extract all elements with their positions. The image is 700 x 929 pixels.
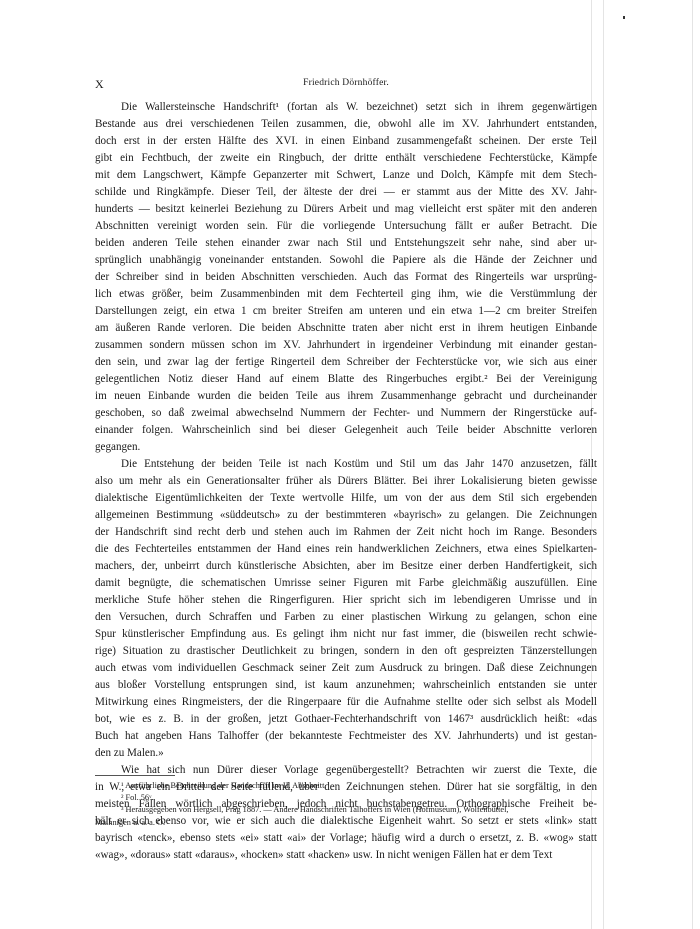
text-line: mit dem Langschwert, Kämpfe Gepanzerter …	[95, 167, 597, 184]
page-header: X Friedrich Dörnhöffer.	[95, 77, 597, 91]
text-line: Die Entstehung der beiden Teile ist nach…	[95, 456, 597, 473]
text-line: «wag», «doraus» statt «daraus», «hocken»…	[95, 847, 597, 864]
running-head: Friedrich Dörnhöffer.	[95, 78, 597, 88]
text-line: zusammen sondern müssen schon im XV. Jah…	[95, 337, 597, 354]
text-line: also um mehr als ein Generationsalter fr…	[95, 473, 597, 490]
text-line: auch etwas vom individuellen Geschmack s…	[95, 660, 597, 677]
footnote: ² Fol. 56ᵛ.	[95, 792, 597, 804]
text-line: beiden anderen Teile stehen einander zwa…	[95, 235, 597, 252]
text-line: dialektische Eigentümlichkeiten der Text…	[95, 490, 597, 507]
footnote: ¹ Ausführliche Beschreibung der Handschr…	[95, 780, 597, 792]
text-line: die des Fechterteiles entstammen der Han…	[95, 541, 597, 558]
text-line: den Versuchen, durch Schraffen und Farbe…	[95, 609, 597, 626]
footnote: ³ Herausgegeben von Hergsell, Prag 1887.…	[95, 804, 597, 816]
text-line: im neuen Einbande wurden die beiden Teil…	[95, 388, 597, 405]
body-text: Die Wallersteinsche Handschrift¹ (fortan…	[95, 99, 597, 864]
text-line: am äußeren Rande verloren. Die beiden Ab…	[95, 320, 597, 337]
text-line: damit begnügte, die schematischen Umriss…	[95, 575, 597, 592]
text-line: den zu Malen.»	[95, 745, 597, 762]
text-line: gelegentlichen Notiz dieser Hand auf ein…	[95, 371, 597, 388]
text-line: Die Wallersteinsche Handschrift¹ (fortan…	[95, 99, 597, 116]
text-line: Darstellungen zeigt, ein etwa 1 cm breit…	[95, 303, 597, 320]
text-line: rige) Situation zu drastischer Deutlichk…	[95, 643, 597, 660]
text-line: der Handschrift sind recht derb und steh…	[95, 524, 597, 541]
text-line: einander folgen. Wahrscheinlich sind bei…	[95, 422, 597, 439]
text-line: aus bloßer Vorstellung entsprungen sind,…	[95, 677, 597, 694]
text-line: machers, der, unbeirrt durch künstlerisc…	[95, 558, 597, 575]
footnotes: ¹ Ausführliche Beschreibung der Handschr…	[95, 780, 597, 829]
text-line: Buch hat angeben Hans Talhoffer (der bek…	[95, 728, 597, 745]
text-line: Mitwirkung eines Ringmeisters, der die R…	[95, 694, 597, 711]
text-line: Abschnitten vereinigt worden sein. Für d…	[95, 218, 597, 235]
text-line: Spur künstlerischer Empfindung aus. Es g…	[95, 626, 597, 643]
footnote-rule	[95, 775, 175, 776]
text-line: doch erst in der ersten Hälfte des XVI. …	[95, 133, 597, 150]
scan-artifact-line	[603, 0, 604, 929]
text-line: merkliche Stufe höher stehen die Ringerf…	[95, 592, 597, 609]
footnote: Maihnigen u. a. a. O.	[95, 817, 597, 829]
text-line: geschoben, so daß zweimal abwechselnd Nu…	[95, 405, 597, 422]
text-line: gegangen.	[95, 439, 597, 456]
text-line: den sein, und zwar lag der fertige Ringe…	[95, 354, 597, 371]
text-line: bayrisch «tenck», ebenso stets «ei» stat…	[95, 830, 597, 847]
text-line: bot, wie es z. B. in der großen, jetzt G…	[95, 711, 597, 728]
paragraph: Die Wallersteinsche Handschrift¹ (fortan…	[95, 99, 597, 456]
text-line: allgemeinen Bestimmung «süddeutsch» zu d…	[95, 507, 597, 524]
text-line: hunderts — besitzt keinerlei Beziehung z…	[95, 201, 597, 218]
scan-artifact-line	[692, 0, 693, 929]
text-line: Wie hat sich nun Dürer dieser Vorlage ge…	[95, 762, 597, 779]
text-line: schilde und Ringkämpfe. Dieser Teil, der…	[95, 184, 597, 201]
text-line: Bestande aus drei verschiedenen Teilen z…	[95, 116, 597, 133]
text-line: lich etwas größer, beim Zusammenbinden m…	[95, 286, 597, 303]
text-line: gibt ein Fechtbuch, der zweite ein Ringb…	[95, 150, 597, 167]
text-line: sprünglich unabhängig voneinander entsta…	[95, 252, 597, 269]
paragraph: Die Entstehung der beiden Teile ist nach…	[95, 456, 597, 762]
scan-speck	[623, 16, 625, 19]
text-line: der Schreiber sind in beiden Abschnitten…	[95, 269, 597, 286]
